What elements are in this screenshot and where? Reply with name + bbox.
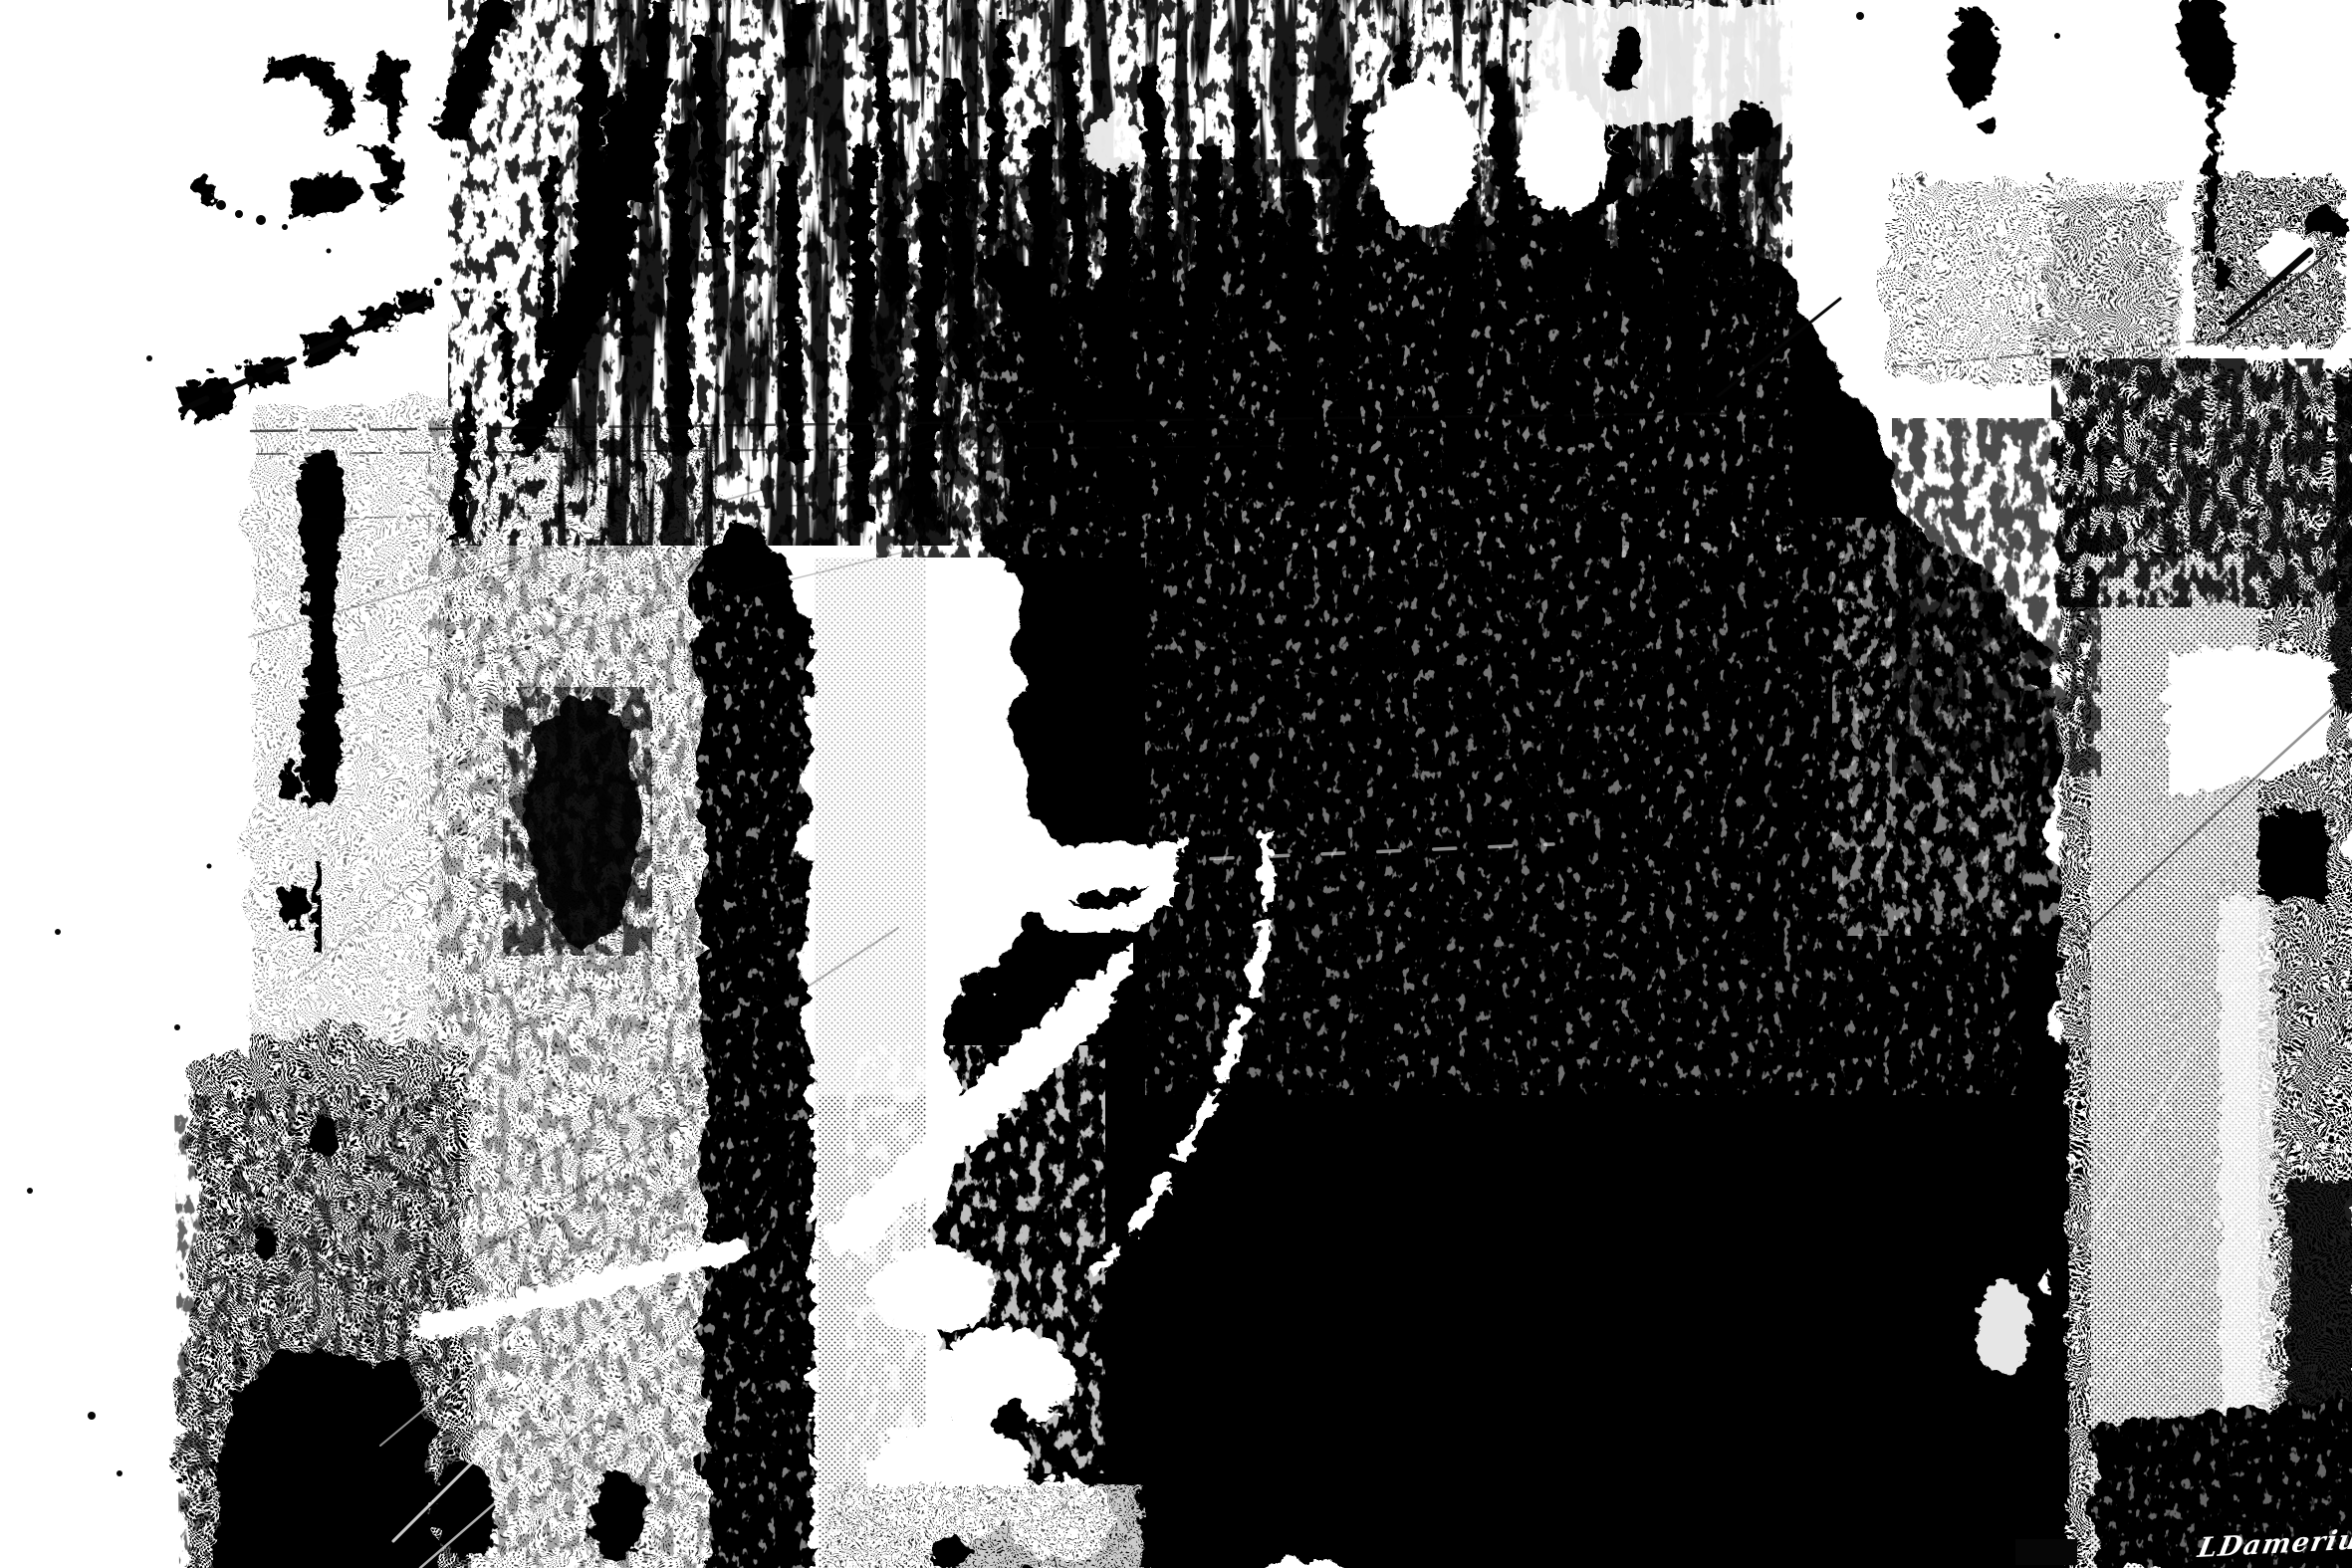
artwork-svg: LDamerius 2013 bbox=[0, 0, 2352, 1568]
abstract-artwork-canvas: LDamerius 2013 bbox=[0, 0, 2352, 1568]
